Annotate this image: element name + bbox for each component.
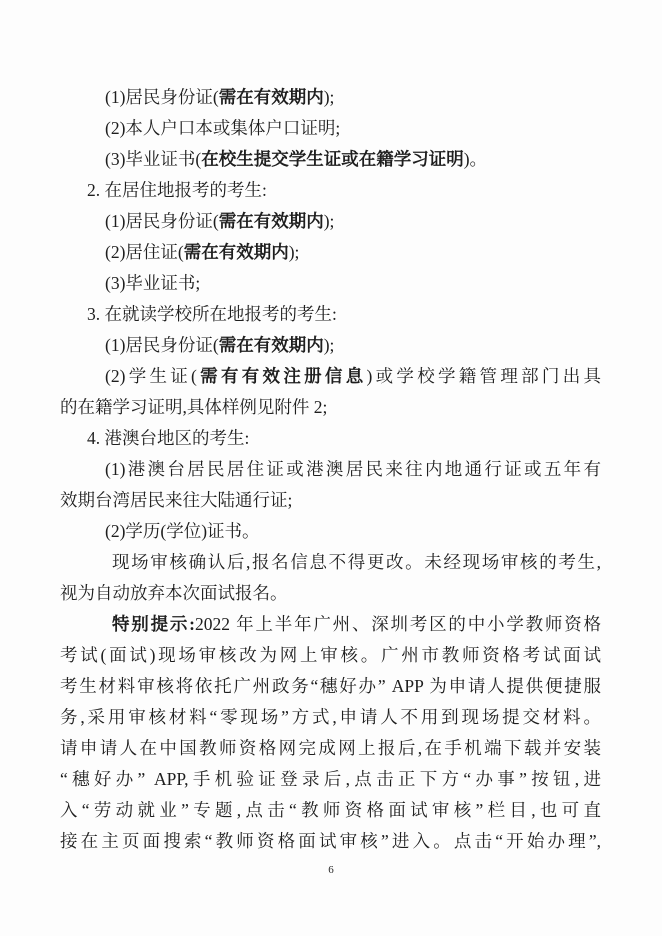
bold-text-run: 需在有效期内 bbox=[219, 87, 324, 107]
text-run: ); bbox=[324, 211, 335, 231]
bold-text-run: 需在有效期内 bbox=[184, 242, 289, 262]
text-run: 视为自动放弃本次面试报名。 bbox=[60, 583, 288, 603]
text-run: ); bbox=[324, 87, 335, 107]
text-line: 的在籍学习证明,具体样例见附件 2; bbox=[60, 392, 601, 423]
paragraph: (2)本人户口本或集体户口证明; bbox=[60, 113, 601, 144]
paragraph: (2)学生证(需有有效注册信息)或学校学籍管理部门出具的在籍学习证明,具体样例见… bbox=[60, 361, 601, 423]
text-run: ); bbox=[289, 242, 300, 262]
text-line: 2. 在居住地报考的考生: bbox=[60, 175, 601, 206]
document-body: (1)居民身份证(需在有效期内);(2)本人户口本或集体户口证明;(3)毕业证书… bbox=[60, 82, 601, 857]
text-line: 3. 在就读学校所在地报考的考生: bbox=[60, 299, 601, 330]
paragraph: (2)学历(学位)证书。 bbox=[60, 516, 601, 547]
text-run: (1)居民身份证( bbox=[105, 87, 219, 107]
text-run: (1)居民身份证( bbox=[105, 335, 219, 355]
text-run: (2)学生证( bbox=[105, 366, 197, 386]
text-line: 特别提示:2022 年上半年广州、深圳考区的中小学教师资格 bbox=[60, 609, 601, 640]
page-number: 6 bbox=[0, 862, 662, 878]
text-line: 入“劳动就业”专题,点击“教师资格面试审核”栏目,也可直 bbox=[60, 795, 601, 826]
text-run: 接在主页面搜索“教师资格面试审核”进入。点击“开始办理”, bbox=[60, 831, 601, 851]
text-line: (1)居民身份证(需在有效期内); bbox=[60, 330, 601, 361]
text-run: 效期台湾居民来往大陆通行证; bbox=[60, 490, 292, 510]
text-line: (3)毕业证书; bbox=[60, 268, 601, 299]
text-run: 3. 在就读学校所在地报考的考生: bbox=[87, 304, 337, 324]
paragraph: 2. 在居住地报考的考生: bbox=[60, 175, 601, 206]
text-line: (1)居民身份证(需在有效期内); bbox=[60, 82, 601, 113]
text-run: (2)学历(学位)证书。 bbox=[105, 521, 260, 541]
text-run: 入“劳动就业”专题,点击“教师资格面试审核”栏目,也可直 bbox=[60, 800, 601, 820]
text-run: (3)毕业证书; bbox=[105, 273, 200, 293]
text-line: 效期台湾居民来往大陆通行证; bbox=[60, 485, 601, 516]
text-run: 2. 在居住地报考的考生: bbox=[87, 180, 267, 200]
text-line: (1)居民身份证(需在有效期内); bbox=[60, 206, 601, 237]
text-run: 务,采用审核材料“零现场”方式,申请人不用到现场提交材料。 bbox=[60, 707, 601, 727]
bold-text-run: 特别提示: bbox=[112, 614, 195, 634]
bold-text-run: 需在有效期内 bbox=[219, 211, 324, 231]
paragraph: (1)居民身份证(需在有效期内); bbox=[60, 330, 601, 361]
text-run: 2022 年上半年广州、深圳考区的中小学教师资格 bbox=[195, 614, 601, 634]
text-line: 请申请人在中国教师资格网完成网上报后,在手机端下载并安装 bbox=[60, 733, 601, 764]
text-line: 现场审核确认后,报名信息不得更改。未经现场审核的考生, bbox=[60, 547, 601, 578]
text-line: (3)毕业证书(在校生提交学生证或在籍学习证明)。 bbox=[60, 144, 601, 175]
paragraph: (3)毕业证书(在校生提交学生证或在籍学习证明)。 bbox=[60, 144, 601, 175]
text-line: 接在主页面搜索“教师资格面试审核”进入。点击“开始办理”, bbox=[60, 826, 601, 857]
paragraph: 特别提示:2022 年上半年广州、深圳考区的中小学教师资格考试(面试)现场审核改… bbox=[60, 609, 601, 857]
bold-text-run: 在校生提交学生证或在籍学习证明 bbox=[201, 149, 464, 169]
text-run: “穗好办” APP,手机验证登录后,点击正下方“办事”按钮,进 bbox=[60, 769, 601, 789]
text-run: 考试(面试)现场审核改为网上审核。广州市教师资格考试面试 bbox=[60, 645, 601, 665]
text-run: (3)毕业证书( bbox=[105, 149, 201, 169]
text-line: (2)学历(学位)证书。 bbox=[60, 516, 601, 547]
text-run: )或学校学籍管理部门出具 bbox=[367, 366, 602, 386]
paragraph: (3)毕业证书; bbox=[60, 268, 601, 299]
text-run: 考生材料审核将依托广州政务“穗好办” APP 为申请人提供便捷服 bbox=[60, 676, 601, 696]
text-run: )。 bbox=[464, 149, 487, 169]
bold-text-run: 需在有效期内 bbox=[219, 335, 324, 355]
text-line: 考试(面试)现场审核改为网上审核。广州市教师资格考试面试 bbox=[60, 640, 601, 671]
text-run: 4. 港澳台地区的考生: bbox=[87, 428, 249, 448]
document-page: (1)居民身份证(需在有效期内);(2)本人户口本或集体户口证明;(3)毕业证书… bbox=[0, 0, 662, 936]
text-line: 考生材料审核将依托广州政务“穗好办” APP 为申请人提供便捷服 bbox=[60, 671, 601, 702]
bold-text-run: 需有有效注册信息 bbox=[197, 366, 367, 386]
paragraph: 现场审核确认后,报名信息不得更改。未经现场审核的考生,视为自动放弃本次面试报名。 bbox=[60, 547, 601, 609]
text-line: 4. 港澳台地区的考生: bbox=[60, 423, 601, 454]
text-line: 视为自动放弃本次面试报名。 bbox=[60, 578, 601, 609]
text-run: (1)居民身份证( bbox=[105, 211, 219, 231]
paragraph: 3. 在就读学校所在地报考的考生: bbox=[60, 299, 601, 330]
text-run: 现场审核确认后,报名信息不得更改。未经现场审核的考生, bbox=[112, 552, 601, 572]
paragraph: (1)居民身份证(需在有效期内); bbox=[60, 82, 601, 113]
text-run: 的在籍学习证明,具体样例见附件 2; bbox=[60, 397, 327, 417]
text-line: “穗好办” APP,手机验证登录后,点击正下方“办事”按钮,进 bbox=[60, 764, 601, 795]
paragraph: (1)港澳台居民居住证或港澳居民来往内地通行证或五年有效期台湾居民来往大陆通行证… bbox=[60, 454, 601, 516]
text-run: (1)港澳台居民居住证或港澳居民来往内地通行证或五年有 bbox=[105, 459, 601, 479]
text-line: (2)本人户口本或集体户口证明; bbox=[60, 113, 601, 144]
paragraph: (1)居民身份证(需在有效期内); bbox=[60, 206, 601, 237]
text-line: (2)学生证(需有有效注册信息)或学校学籍管理部门出具 bbox=[60, 361, 601, 392]
text-line: 务,采用审核材料“零现场”方式,申请人不用到现场提交材料。 bbox=[60, 702, 601, 733]
paragraph: 4. 港澳台地区的考生: bbox=[60, 423, 601, 454]
text-line: (1)港澳台居民居住证或港澳居民来往内地通行证或五年有 bbox=[60, 454, 601, 485]
text-run: (2)居住证( bbox=[105, 242, 184, 262]
paragraph: (2)居住证(需在有效期内); bbox=[60, 237, 601, 268]
text-run: (2)本人户口本或集体户口证明; bbox=[105, 118, 340, 138]
text-run: 请申请人在中国教师资格网完成网上报后,在手机端下载并安装 bbox=[60, 738, 601, 758]
text-line: (2)居住证(需在有效期内); bbox=[60, 237, 601, 268]
text-run: ); bbox=[324, 335, 335, 355]
